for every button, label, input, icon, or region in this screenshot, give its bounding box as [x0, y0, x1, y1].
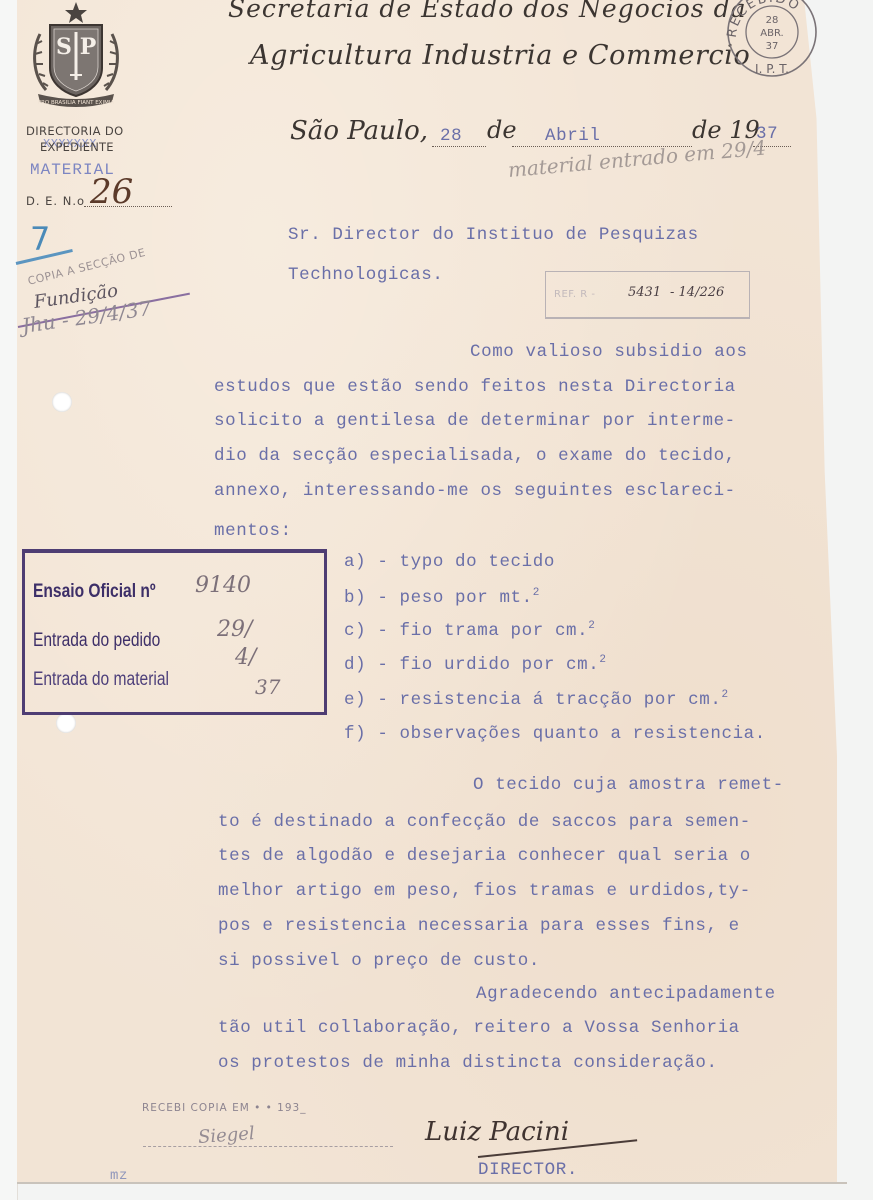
item-c: c) - fio trama por cm.2	[344, 621, 595, 641]
receipt-signature-line	[143, 1146, 393, 1147]
item-b-letter: b)	[344, 588, 366, 608]
department-line-1: DIRECTORIA DO	[26, 124, 124, 138]
ensaio-number-label: Ensaio Oficial nº	[33, 581, 156, 603]
dateline-city: São Paulo,	[290, 116, 428, 146]
item-c-letter: c)	[344, 621, 366, 641]
dateline-day: 28	[440, 126, 462, 146]
typist-initials: mz	[110, 1168, 128, 1184]
svg-text:I. P. T.: I. P. T.	[755, 62, 789, 76]
body-p3-line-2: tão util collaboração, reitero a Vossa S…	[218, 1018, 740, 1038]
item-d: d) - fio urdido por cm.2	[344, 655, 607, 675]
punch-hole-top	[52, 392, 72, 412]
svg-text:37: 37	[766, 41, 779, 52]
item-f-text: - observações quanto a resistencia.	[377, 724, 766, 744]
official-test-stamp: Ensaio Oficial nº 9140 Entrada do pedido…	[22, 549, 327, 715]
body-p2-line-1: O tecido cuja amostra remet-	[473, 775, 784, 795]
svg-text:S: S	[56, 34, 72, 60]
de-number-value: 26	[90, 172, 133, 212]
ref-number: 5431	[628, 285, 661, 300]
receipt-signature: Siegel	[197, 1123, 255, 1148]
blue-crayon-mark: 7	[30, 220, 50, 258]
receipt-copy-stamp: RECEBI COPIA EM • • 193_	[142, 1102, 306, 1114]
item-f: f) - observações quanto a resistencia.	[344, 724, 766, 744]
addressee-line-1: Sr. Director do Instituo de Pesquizas	[288, 225, 699, 245]
svg-text:ABR.: ABR.	[760, 28, 783, 39]
material-entry-label: Entrada do material	[33, 669, 169, 691]
sao-paulo-coat-of-arms-icon: S P PRO BRASILIA FIANT EXIMIA	[24, 0, 128, 116]
body-p1-line-6: mentos:	[214, 521, 292, 541]
body-p2-line-2: to é destinado a confecção de saccos par…	[218, 812, 751, 832]
letterhead-title-line-1: Secretaria de Estado dos Negocios da	[228, 0, 746, 23]
ensaio-date-day: 29/	[217, 617, 252, 642]
item-e: e) - resistencia á tracção por cm.2	[344, 690, 729, 710]
ensaio-date-month: 4/	[235, 645, 256, 670]
item-b-text: - peso por mt.	[377, 588, 532, 608]
item-d-text: - fio urdido por cm.	[377, 655, 599, 675]
item-b: b) - peso por mt.2	[344, 588, 540, 608]
svg-text:P: P	[80, 34, 97, 60]
director-signature: Luiz Pacini	[425, 1117, 569, 1147]
item-d-letter: d)	[344, 655, 366, 675]
scanner-left-edge	[0, 0, 18, 1200]
svg-text:PRO BRASILIA FIANT EXIMIA: PRO BRASILIA FIANT EXIMIA	[38, 100, 115, 106]
body-p1-line-2: estudos que estão sendo feitos nesta Dir…	[214, 377, 736, 397]
body-p1-line-1: Como valioso subsidio aos	[470, 342, 748, 362]
item-a-text: - typo do tecido	[377, 552, 555, 572]
item-f-letter: f)	[344, 724, 366, 744]
received-date-stamp: RECEBIDO 28 ABR. 37 I. P. T.	[722, 0, 822, 82]
letterhead-title-line-2: Agricultura Industria e Commercio	[250, 40, 750, 71]
body-p1-line-5: annexo, interessando-me os seguintes esc…	[214, 481, 736, 501]
body-p1-line-3: solicito a gentilesa de determinar por i…	[214, 411, 736, 431]
dateline-de-1: de	[487, 116, 517, 144]
body-p3-line-1: Agradecendo antecipadamente	[476, 984, 776, 1004]
body-p1-line-4: dio da secção especialisada, o exame do …	[214, 446, 736, 466]
item-a-letter: a)	[344, 552, 366, 572]
paper-bottom-edge	[17, 1182, 847, 1184]
body-p2-line-3: tes de algodão e desejaria conhecer qual…	[218, 846, 751, 866]
de-number-label: D. E. N.o	[26, 194, 85, 208]
director-title: DIRECTOR.	[478, 1160, 578, 1180]
body-p3-line-3: os protestos de minha distincta consider…	[218, 1053, 718, 1073]
department-line-2: EXPEDIENTE	[40, 140, 114, 154]
ref-code: - 14/226	[670, 285, 724, 300]
item-e-text: - resistencia á tracção por cm.	[377, 690, 721, 710]
svg-text:28: 28	[766, 15, 779, 26]
punch-hole-bottom	[56, 713, 76, 733]
item-c-sup: 2	[588, 620, 595, 632]
item-b-sup: 2	[533, 587, 540, 599]
ensaio-date-year: 37	[255, 675, 280, 699]
reference-stamp-box: REF. R - 5431 - 14/226	[545, 271, 750, 319]
addressee-line-2: Technologicas.	[288, 265, 443, 285]
body-p2-line-4: melhor artigo em peso, fios tramas e urd…	[218, 881, 751, 901]
item-c-text: - fio trama por cm.	[377, 621, 588, 641]
item-e-letter: e)	[344, 690, 366, 710]
item-a: a) - typo do tecido	[344, 552, 555, 572]
order-entry-label: Entrada do pedido	[33, 630, 160, 652]
item-e-sup: 2	[721, 689, 728, 701]
body-p2-line-6: si possivel o preço de custo.	[218, 951, 540, 971]
ensaio-number-value: 9140	[195, 573, 251, 598]
dateline-day-line	[432, 146, 486, 147]
dateline-month: Abril	[545, 126, 601, 146]
ref-label: REF. R -	[554, 289, 596, 300]
body-p2-line-5: pos e resistencia necessaria para esses …	[218, 916, 740, 936]
item-d-sup: 2	[599, 654, 606, 666]
